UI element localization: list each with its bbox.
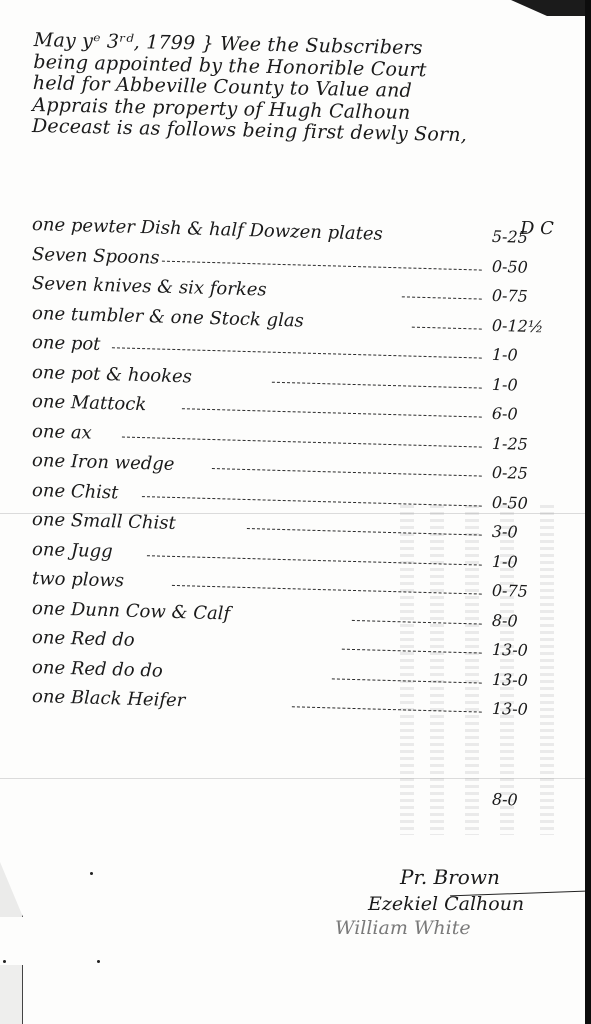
item-description: one Jugg bbox=[32, 539, 113, 562]
ink-speck bbox=[90, 872, 93, 875]
ink-speck bbox=[97, 960, 100, 963]
item-value: 13-0 bbox=[492, 640, 563, 661]
paper-tear bbox=[0, 862, 23, 917]
item-description: one Mattock bbox=[32, 391, 147, 415]
item-description: one Small Chist bbox=[32, 509, 176, 534]
item-value: 0-75 bbox=[492, 286, 563, 307]
leader-line bbox=[212, 468, 482, 477]
leader-line bbox=[332, 678, 482, 683]
item-description: one pot bbox=[32, 332, 101, 355]
item-value: 1-0 bbox=[492, 551, 563, 572]
item-value: 0-25 bbox=[492, 463, 563, 484]
leader-line bbox=[352, 619, 482, 624]
item-description: one ax bbox=[32, 421, 92, 444]
leader-line bbox=[182, 408, 482, 417]
item-value: 6-0 bbox=[492, 404, 563, 425]
item-description: one pot & hookes bbox=[32, 362, 192, 387]
signature-brown: Pr. Brown bbox=[400, 865, 585, 889]
item-value: 13-0 bbox=[492, 699, 563, 720]
item-value: 0-50 bbox=[492, 256, 563, 277]
item-value: 1-25 bbox=[492, 433, 563, 454]
item-value: 0-50 bbox=[492, 492, 563, 513]
leader-line bbox=[172, 585, 482, 595]
item-description: Seven Spoons bbox=[32, 244, 160, 269]
leader-line bbox=[162, 260, 482, 270]
leader-line bbox=[147, 555, 482, 565]
item-value: 13-0 bbox=[492, 669, 563, 690]
item-description: one Red do bbox=[32, 627, 135, 651]
item-value: 1-0 bbox=[492, 374, 563, 395]
ink-speck bbox=[3, 960, 6, 963]
item-value: 0-75 bbox=[492, 581, 563, 602]
leader-line bbox=[112, 347, 482, 358]
manuscript-page: May yᵉ 3ʳᵈ, 1799 } Wee the Subscribers b… bbox=[0, 0, 586, 1024]
item-description: one pewter Dish & half Dowzen plates bbox=[32, 214, 383, 245]
fold-line bbox=[0, 778, 586, 779]
item-description: one tumbler & one Stock glas bbox=[32, 303, 304, 332]
item-description: one Chist bbox=[32, 480, 119, 503]
scan-edge bbox=[585, 0, 591, 1024]
leader-line bbox=[292, 706, 482, 712]
leader-line bbox=[272, 381, 482, 388]
leader-line bbox=[247, 528, 482, 536]
document-heading: May yᵉ 3ʳᵈ, 1799 } Wee the Subscribers b… bbox=[32, 30, 584, 149]
item-value: 3-0 bbox=[492, 522, 563, 543]
item-value: 8-0 bbox=[492, 610, 563, 631]
signature-block: Pr. Brown Ezekiel Calhoun William White bbox=[330, 865, 585, 939]
item-list: one pewter Dish & half Dowzen plates 5-2… bbox=[32, 212, 562, 714]
signature-white: William White bbox=[335, 917, 585, 939]
item-value: 5-25 bbox=[492, 227, 563, 248]
item-value: 8-0 bbox=[492, 790, 518, 810]
item-description: one Black Heifer bbox=[32, 686, 186, 711]
leader-line bbox=[342, 649, 482, 654]
item-description: Seven knives & six forkes bbox=[32, 273, 267, 301]
leader-line bbox=[412, 326, 482, 329]
leader-line bbox=[402, 296, 482, 299]
paper-tear bbox=[0, 965, 23, 1024]
item-description: two plows bbox=[32, 568, 125, 592]
leader-line bbox=[122, 436, 482, 447]
signature-calhoun: Ezekiel Calhoun bbox=[368, 893, 585, 915]
item-description: one Dunn Cow & Calf bbox=[32, 598, 231, 625]
item-description: one Iron wedge bbox=[32, 450, 175, 475]
item-value: 1-0 bbox=[492, 345, 563, 366]
item-description: one Red do do bbox=[32, 657, 163, 682]
leader-line bbox=[142, 496, 482, 506]
item-value: 0-12½ bbox=[492, 315, 563, 336]
